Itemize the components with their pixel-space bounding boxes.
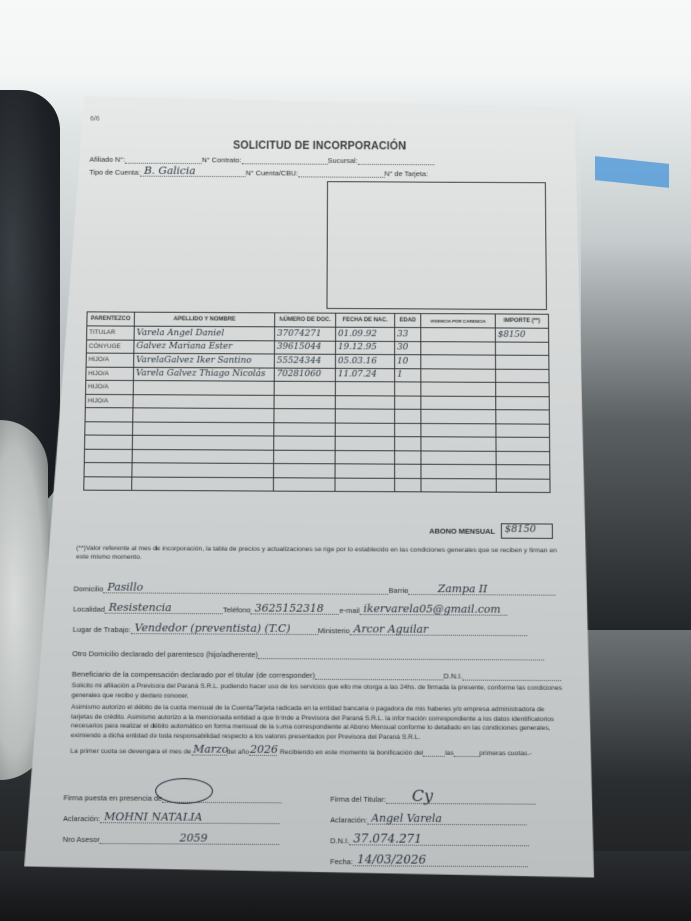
sucursal-label: Sucursal: (328, 156, 358, 164)
cell-nombre[interactable] (133, 381, 274, 395)
col-importe: IMPORTE (**) (495, 314, 548, 328)
col-vigencia: VIGENCIA POR CARENCIA (421, 314, 496, 328)
cell-vigencia[interactable] (421, 450, 496, 464)
cell-importe[interactable] (496, 382, 550, 396)
cuota-bonif-field[interactable] (423, 746, 445, 757)
advisor-signature-icon (155, 778, 213, 804)
cuota-bonif-label: Recibiendo en este momento la bonificaci… (280, 749, 423, 757)
page-number: 6/6 (90, 116, 549, 125)
cell-nac[interactable] (335, 436, 394, 450)
cell-nac[interactable]: 05.03.16 (335, 354, 394, 368)
cell-nombre[interactable]: VarelaGalvez Iker Santino (134, 353, 275, 367)
dni-titular-field[interactable]: 37.074.271 (349, 834, 529, 846)
cell-doc[interactable] (273, 477, 335, 491)
cuota-prefix: La primer cuota se devengara el mes de (70, 748, 191, 756)
cell-doc[interactable]: 55524344 (274, 354, 335, 368)
cell-importe[interactable] (496, 369, 550, 383)
cell-importe[interactable] (496, 410, 550, 424)
cell-edad[interactable] (395, 423, 421, 437)
cell-nac[interactable] (335, 450, 395, 464)
cell-nombre[interactable] (132, 449, 274, 463)
cell-parentesco (84, 449, 132, 463)
cell-edad[interactable]: 1 (395, 368, 421, 382)
cell-nac[interactable] (335, 382, 394, 396)
cell-edad[interactable]: 30 (395, 341, 421, 355)
cuota-anio-label: del año (227, 749, 249, 756)
abono-label: ABONO MENSUAL (429, 526, 495, 535)
beneficiario-label: Beneficiario de la compensación declarad… (72, 670, 315, 680)
cell-nac[interactable]: 01.09.92 (336, 327, 395, 341)
cell-nombre[interactable] (132, 435, 273, 449)
col-nac: FECHA DE NAC. (336, 313, 395, 327)
cell-edad[interactable] (395, 409, 421, 423)
beneficiario-field[interactable] (315, 669, 444, 680)
email-field[interactable]: ikervarela05@gmail.com (360, 604, 508, 615)
beneficiario-dni-field[interactable] (462, 670, 561, 681)
cell-vigencia[interactable] (421, 423, 496, 437)
signatures-section: Firma puesta en presencia de Aclaración:… (64, 781, 571, 784)
cell-parentesco (84, 476, 132, 490)
cell-importe[interactable] (496, 437, 550, 451)
nro-asesor-field[interactable]: 2059 (100, 833, 280, 845)
contrato-label: N° Contrato: (202, 156, 242, 164)
cell-nac[interactable] (335, 478, 395, 492)
cell-parentesco (84, 463, 132, 477)
asimismo-paragraph: Asimismo autorizo el débito de la cuota … (71, 703, 567, 743)
cell-edad[interactable] (395, 396, 421, 410)
aclaracion-asesor-field[interactable]: MOHNI NATALIA (100, 812, 280, 824)
cell-vigencia[interactable] (421, 396, 496, 410)
sucursal-field[interactable] (358, 155, 435, 165)
solicito-paragraph: Solicito mi afiliación a Previsora del P… (71, 681, 566, 702)
cell-edad[interactable] (395, 450, 421, 464)
firma-titular-field[interactable]: Cy (386, 793, 535, 805)
cuota-anio-field[interactable]: 2026 (249, 745, 277, 756)
cell-importe[interactable] (496, 451, 550, 465)
cell-nac[interactable] (335, 395, 394, 409)
otro-domicilio-label: Otro Domicilio declarado del parentesco … (72, 649, 258, 659)
contrato-field[interactable] (241, 154, 327, 165)
telefono-label: Teléfono (223, 606, 251, 615)
localidad-field[interactable]: Resistencia (105, 603, 223, 614)
tipo-cuenta-field[interactable]: B. Galicia (140, 166, 246, 177)
cell-doc[interactable]: 37074271 (275, 327, 336, 341)
cell-nac[interactable]: 11.07.24 (335, 368, 394, 382)
cbu-label: N° Cuenta/CBU: (246, 169, 299, 178)
cell-vigencia[interactable] (421, 341, 496, 355)
cuota-las-label: las (445, 750, 454, 757)
col-parentesco: PARENTEZCO (87, 312, 135, 326)
cell-edad[interactable] (395, 464, 421, 478)
aclaracion-titular-label: Aclaración: (330, 815, 367, 824)
aclaracion-asesor-label: Aclaración: (63, 814, 100, 823)
cuenta-row: Tipo de Cuenta: B. Galicia N° Cuenta/CBU… (89, 166, 549, 178)
cell-vigencia[interactable] (421, 368, 496, 382)
cell-nombre[interactable] (133, 394, 274, 408)
abono-mensual: ABONO MENSUAL $8150 (429, 523, 553, 539)
cell-parentesco: HIJO/A (86, 353, 134, 367)
cell-vigencia[interactable] (421, 478, 496, 492)
cell-nombre[interactable] (132, 463, 274, 478)
cell-nac[interactable] (335, 423, 394, 437)
cell-doc[interactable] (274, 395, 335, 409)
cell-parentesco: TITULAR (87, 326, 135, 340)
cell-doc[interactable] (274, 450, 336, 464)
cuota-las-field[interactable] (454, 746, 480, 757)
price-note: (**)Valor referente al mes de incorporac… (76, 544, 557, 564)
cell-importe[interactable] (496, 465, 550, 479)
barrio-field[interactable]: Zampa II (408, 584, 556, 595)
col-nombre: APELLIDO Y NOMBRE (134, 312, 274, 327)
cbu-field[interactable] (298, 167, 384, 178)
cell-importe[interactable] (496, 423, 550, 437)
email-label: e-mail (339, 606, 359, 615)
card-box (326, 181, 546, 310)
cell-doc[interactable] (274, 409, 335, 423)
cell-parentesco: CÓNYUGE (86, 339, 134, 353)
cell-nombre[interactable] (133, 422, 274, 436)
cell-importe[interactable] (495, 342, 548, 356)
cell-parentesco: HIJO/A (85, 394, 133, 408)
cell-importe[interactable] (495, 355, 548, 369)
barrio-label: Barrio (389, 586, 409, 595)
cuota-suffix: primeras cuotas.- (479, 750, 531, 757)
firma-presencia-label: Firma puesta en presencia de (63, 793, 162, 802)
background-window (581, 110, 691, 630)
domicilio-field[interactable]: Pasillo (103, 583, 388, 595)
tarjeta-label: N° de Tarjeta: (384, 170, 428, 178)
cell-parentesco (85, 408, 133, 422)
cell-nac[interactable] (335, 464, 395, 478)
beneficiario-dni-label: D.N.I. (443, 672, 462, 681)
cell-parentesco: HIJO/A (86, 367, 134, 381)
abono-value[interactable]: $8150 (501, 523, 553, 539)
cell-doc[interactable] (274, 422, 335, 436)
fecha-label: Fecha: (330, 857, 353, 866)
cell-parentesco: HIJO/A (86, 380, 134, 394)
cell-edad[interactable] (395, 382, 421, 396)
domicilio-label: Domicilio (73, 585, 103, 594)
cell-doc[interactable] (274, 436, 335, 450)
cell-doc[interactable]: 39615044 (274, 340, 335, 354)
aclaracion-titular-field[interactable]: Angel Varela (367, 814, 527, 826)
fecha-field[interactable]: 14/03/2026 (353, 855, 528, 867)
cell-parentesco (85, 421, 133, 435)
cell-nac[interactable]: 19.12.95 (335, 341, 394, 355)
cell-nombre[interactable]: Galvez Mariana Ester (134, 340, 275, 354)
nro-asesor-label: Nro Asesor (63, 835, 100, 844)
dni-titular-label: D.N.I. (330, 836, 349, 845)
cell-nombre[interactable] (132, 477, 274, 492)
cell-vigencia[interactable] (421, 409, 496, 423)
cuota-mes-field[interactable]: Marzo (191, 745, 227, 756)
afiliado-field[interactable] (125, 154, 202, 164)
cell-importe[interactable] (496, 396, 550, 410)
cell-importe[interactable]: $8150 (495, 328, 548, 342)
cell-vigencia[interactable] (421, 355, 496, 369)
members-table: PARENTEZCO APELLIDO Y NOMBRE NÚMERO DE D… (83, 311, 550, 493)
cell-nac[interactable] (335, 409, 394, 423)
cell-vigencia[interactable] (421, 464, 496, 478)
ministerio-field[interactable]: Arcor Aguilar (350, 625, 527, 637)
form-title: SOLICITUD DE INCORPORACIÓN (124, 137, 515, 153)
cell-nombre[interactable]: Varela Angel Daniel (134, 326, 275, 340)
personal-fields: Domicilio Pasillo Barrio Zampa II Locali… (70, 573, 567, 758)
cell-edad[interactable]: 33 (395, 327, 421, 341)
col-edad: EDAD (395, 313, 421, 327)
cell-doc[interactable] (273, 463, 335, 477)
tipo-cuenta-label: Tipo de Cuenta: (89, 168, 140, 177)
cell-importe[interactable] (496, 478, 550, 492)
trabajo-field[interactable]: Vendedor (preventista) (T.C) (131, 623, 318, 635)
cell-doc[interactable] (274, 381, 335, 395)
cell-vigencia[interactable] (421, 328, 496, 342)
telefono-field[interactable]: 3625152318 (251, 604, 340, 615)
cell-vigencia[interactable] (421, 382, 496, 396)
cell-edad[interactable]: 10 (395, 355, 421, 369)
cell-edad[interactable] (395, 437, 421, 451)
form-paper: 6/6 SOLICITUD DE INCORPORACIÓN Afiliado … (24, 96, 594, 878)
cell-nombre[interactable]: Varela Galvez Thiago Nicolás (133, 367, 274, 381)
cell-parentesco (85, 435, 133, 449)
cell-vigencia[interactable] (421, 437, 496, 451)
otro-domicilio-field[interactable] (258, 648, 544, 660)
trabajo-label: Lugar de Trabajo: (73, 625, 131, 634)
ministerio-label: Ministerio (318, 626, 350, 635)
cell-doc[interactable]: 70281060 (274, 368, 335, 382)
col-doc: NÚMERO DE DOC. (275, 313, 336, 327)
localidad-label: Localidad (73, 605, 105, 614)
cell-edad[interactable] (395, 478, 421, 492)
firma-titular-label: Firma del Titular: (330, 795, 386, 804)
table-row (84, 476, 550, 492)
afiliado-label: Afiliado N°: (89, 155, 125, 163)
cell-nombre[interactable] (133, 408, 274, 422)
